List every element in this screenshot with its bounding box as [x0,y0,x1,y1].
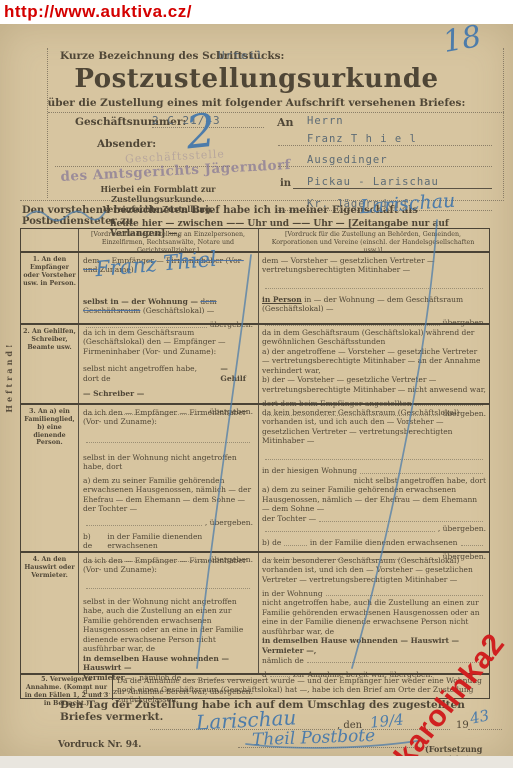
form-text: b) der — Vorsteher — gesetzliche Vertret… [262,375,486,394]
row4-left-cell: da ich den — Empfänger — Firmeninhaber (… [81,553,255,675]
form-text: b) de in der Familie dienenden erwachsen… [262,538,486,548]
form-text: da ich den — Empfänger — Firmeninhaber (… [83,556,253,575]
row3-left-cell: da ich den — Empfänger — Firmeninhaber (… [81,405,255,553]
recipient-line2: Franz T h i e l [278,133,492,146]
form-text: da ich in dem Geschäftsraum (Geschäftslo… [83,328,253,356]
blank-line [83,435,253,445]
form-text: a) der angetroffene — Vorsteher — gesetz… [262,347,486,375]
form-number: Vordruck Nr. 94. [58,740,141,750]
form-text: a) dem zu seiner Familie gehörenden erwa… [83,476,253,514]
form-text: nämlich de [262,655,486,665]
blank-line [262,281,486,291]
row-label: 1. An den Empfänger oder Vorsteher usw. … [21,253,78,325]
form-text: da ich den — Empfänger — Firmeninhaber (… [83,408,253,427]
row4-right-cell: da kein besonderer Geschäftsraum (Geschä… [261,553,487,675]
form-text: nicht angetroffen habe, auch die Zustell… [262,598,486,636]
recipient-line3: Ausgedinger [278,154,492,167]
scanned-document: http://www.auktiva.cz/ 18 Kurze Bezeichn… [0,0,513,768]
form-right-edge [503,48,504,198]
delivery-options-table: [Vordruck für die Zustellung an Einzelpe… [20,228,490,699]
handwritten-copy-count: 2 [183,103,218,160]
form-text: selbst in der Wohnung nicht angetroffen … [83,597,253,654]
recipient-line4: Pickau - Larischau [293,176,492,189]
row-label: 4. An den Hauswirt oder Vermieter. [21,553,78,675]
table-row: 4. An den Hauswirt oder Vermieter. da ic… [21,551,489,675]
form-text: in der Wohnung [262,588,486,598]
row2-left-cell: da ich in dem Geschäftsraum (Geschäftslo… [81,325,255,405]
row-label: 3. An a) ein Familienglied, b) eine dien… [21,405,78,553]
year-blank-line [468,729,502,730]
form-text: — Schreiber — [83,389,253,398]
recipient-line1: Herrn [307,115,344,127]
binding-margin-label: Heftrand! [4,327,14,427]
form-text: der Tochter — [262,514,486,524]
year-prefix: 19 [456,720,469,731]
form-title: Postzustellungsurkunde [0,64,513,94]
form-text: da in dem Geschäftsraum (Geschäftslokal)… [262,328,486,347]
recipient-in-label: in [280,178,291,189]
short-description-value: Urteil [218,49,264,62]
form-text: b) de in der Familie dienenden erwachsen… [83,532,253,551]
form-text: in Person in — der Wohnung — dem Geschäf… [262,295,486,314]
handwritten-page-number: 18 [440,19,484,60]
table-row: 5. Verweigerte Annahme. (Kommt nur in de… [21,673,489,700]
divider [48,112,504,113]
form-text: selbst in — der Wohnung — dem Geschäftsr… [83,297,253,316]
form-text: in demselben Hause wohnenden — Hauswirt … [83,654,253,673]
form-text: da kein besonderer Geschäftsraum (Geschä… [262,408,486,446]
sender-label: Absender: [97,138,156,150]
form-note-line1: Hierbei ein Formblatt zur Zustellungsurk… [58,184,258,204]
form-text: a) dem zu seiner Familie gehörenden erwa… [262,485,486,513]
form-text: selbst nicht angetroffen habe, dort de —… [83,364,253,383]
form-text: da kein besonderer Geschäftsraum (Geschä… [262,556,486,584]
row3-right-cell: da kein besonderer Geschäftsraum (Geschä… [261,405,487,553]
row2-right-cell: da in dem Geschäftsraum (Geschäftslokal)… [261,325,487,405]
form-text: selbst in der Wohnung nicht angetroffen … [83,453,253,472]
form-text: in der hiesigen Wohnung [262,466,486,476]
form-text: in demselben Hause wohnenden — Hauswirt … [262,636,486,655]
scan-edge [0,756,513,768]
form-text: , übergeben. [262,524,486,534]
row1-right-cell: dem — Vorsteher — gesetzlichen Vertreter… [261,253,487,325]
table-row: 3. An a) ein Familienglied, b) eine dien… [21,403,489,553]
scan-source-url: http://www.auktiva.cz/ [4,2,192,22]
form-text: dem — Vorsteher — gesetzlichen Vertreter… [262,256,486,275]
blank-line [262,452,486,462]
form-text: nicht selbst angetroffen habe, dort [262,476,486,485]
form-left-edge [47,48,48,198]
table-row: 1. An den Empfänger oder Vorsteher usw. … [21,251,489,325]
row-label: 2. An Gehilfen, Schreiber, Beamte usw. [21,325,78,405]
table-row: 2. An Gehilfen, Schreiber, Beamte usw. d… [21,323,489,405]
form-text: , übergeben. [83,518,253,528]
blank-line [83,581,253,591]
recipient-an-label: An [277,116,294,129]
row-label: 5. Verweigerte Annahme. (Kommt nur in de… [21,675,113,700]
form-subtitle: über die Zustellung eines mit folgender … [0,97,513,109]
